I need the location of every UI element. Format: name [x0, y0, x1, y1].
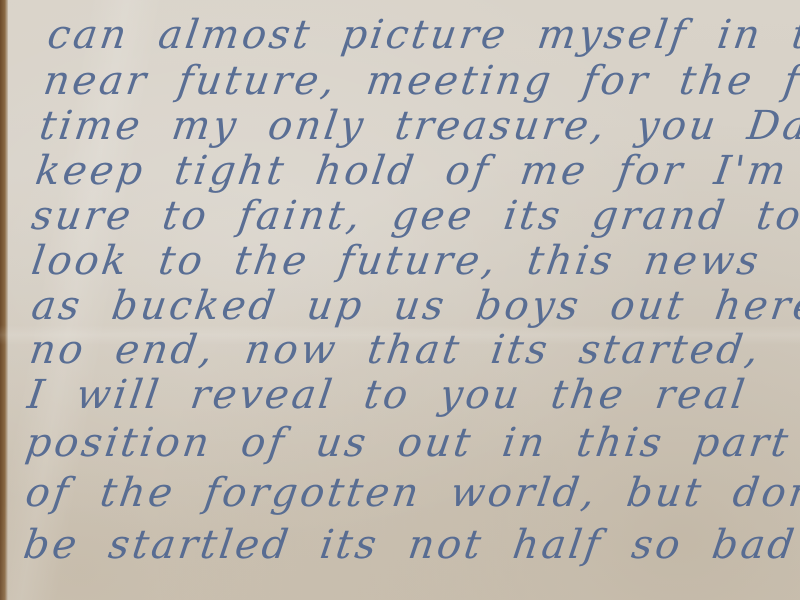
letter-line: time my only treasure, you Darling [37, 103, 800, 149]
letter-text: can almost picture myself in the near fu… [0, 0, 800, 600]
letter-line: near future, meeting for the first [41, 58, 800, 104]
letter-line: look to the future, this news [29, 238, 764, 284]
letter-photo: can almost picture myself in the near fu… [0, 0, 800, 600]
letter-line: be startled its not half so bad [21, 522, 800, 568]
letter-line: no end, now that its started, [27, 327, 765, 373]
letter-line: as bucked up us boys out here [29, 283, 800, 329]
letter-line: keep tight hold of me for I'm [33, 148, 792, 194]
letter-line: position of us out in this part [23, 420, 794, 466]
letter-line: of the forgotten world, but dont [23, 470, 800, 516]
letter-line: sure to faint, gee its grand to [29, 193, 800, 239]
letter-line: I will reveal to you the real [25, 372, 750, 418]
letter-line: can almost picture myself in the [45, 12, 800, 58]
